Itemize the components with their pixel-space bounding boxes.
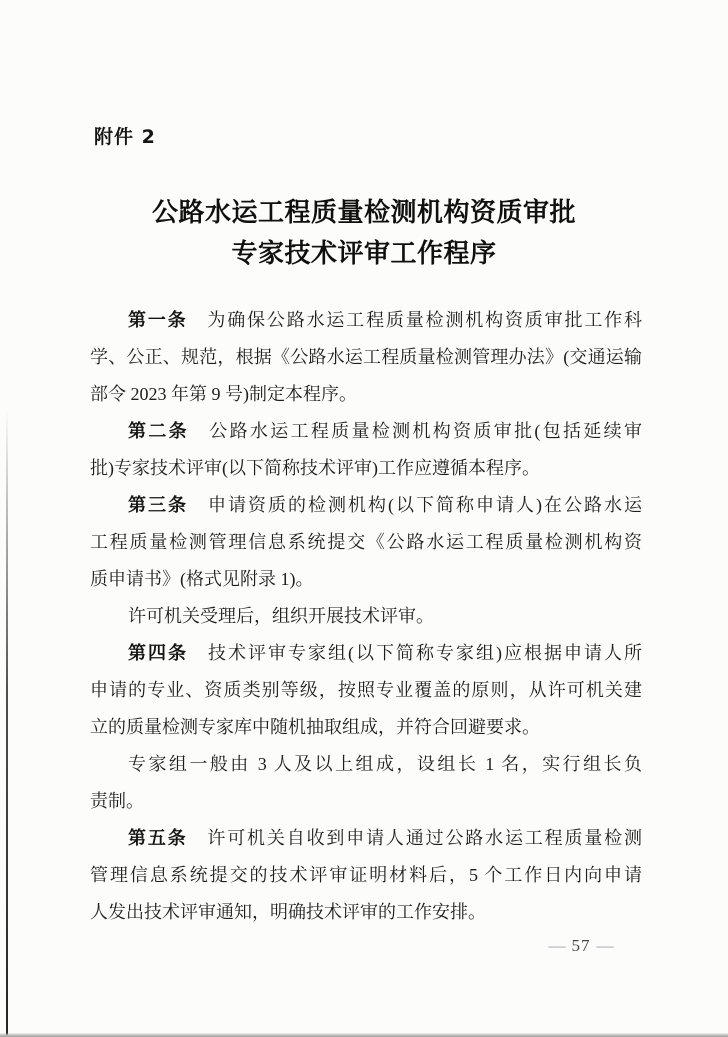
body-line: 第四条 技术评审专家组(以下简称专家组)应根据申请人所 xyxy=(90,635,642,672)
body-line: 第二条 公路水运工程质量检测机构资质审批(包括延续审 xyxy=(90,413,642,450)
body-line: 学、公正、规范，根据《公路水运工程质量检测管理办法》(交通运输 xyxy=(90,339,642,376)
body-line: 人发出技术评审通知，明确技术评审的工作安排。 xyxy=(90,894,642,931)
body-line: 许可机关受理后，组织开展技术评审。 xyxy=(90,598,642,635)
article-number: 第一条 xyxy=(128,310,188,331)
body-line: 管理信息系统提交的技术评审证明材料后，5 个工作日内向申请 xyxy=(90,857,642,894)
title-line-2: 专家技术评审工作程序 xyxy=(0,234,728,275)
page-number: —57— xyxy=(531,936,631,956)
body-line: 部令 2023 年第 9 号)制定本程序。 xyxy=(90,376,642,413)
body-line: 第五条 许可机关自收到申请人通过公路水运工程质量检测 xyxy=(90,820,642,857)
document-page: 附件 2 公路水运工程质量检测机构资质审批 专家技术评审工作程序 第一条 为确保… xyxy=(0,0,728,1037)
body-line: 工程质量检测管理信息系统提交《公路水运工程质量检测机构资 xyxy=(90,524,642,561)
article-number: 第三条 xyxy=(128,495,188,516)
title-line-1: 公路水运工程质量检测机构资质审批 xyxy=(0,193,728,234)
body-line: 立的质量检测专家库中随机抽取组成，并符合回避要求。 xyxy=(90,709,642,746)
article-number: 第二条 xyxy=(128,421,189,442)
scan-edge-artifact-bottom xyxy=(0,1033,728,1037)
attachment-label: 附件 2 xyxy=(94,122,156,149)
article-number: 第五条 xyxy=(128,828,188,849)
body-line: 申请的专业、资质类别等级，按照专业覆盖的原则，从许可机关建 xyxy=(90,672,642,709)
body-line: 专家组一般由 3 人及以上组成，设组长 1 名，实行组长负 xyxy=(90,746,642,783)
page-number-value: 57 xyxy=(572,936,591,955)
page-number-right-dash: — xyxy=(591,936,620,955)
body-line: 批)专家技术评审(以下简称技术评审)工作应遵循本程序。 xyxy=(90,450,642,487)
body-line: 第三条 申请资质的检测机构(以下简称申请人)在公路水运 xyxy=(90,487,642,524)
body-line: 责制。 xyxy=(90,783,642,820)
document-body: 第一条 为确保公路水运工程质量检测机构资质审批工作科学、公正、规范，根据《公路水… xyxy=(90,302,642,931)
document-title: 公路水运工程质量检测机构资质审批 专家技术评审工作程序 xyxy=(0,193,728,275)
page-number-left-dash: — xyxy=(543,936,572,955)
body-line: 质申请书》(格式见附录 1)。 xyxy=(90,561,642,598)
scan-edge-artifact-left xyxy=(6,410,8,1037)
article-number: 第四条 xyxy=(128,643,188,664)
body-line: 第一条 为确保公路水运工程质量检测机构资质审批工作科 xyxy=(90,302,642,339)
